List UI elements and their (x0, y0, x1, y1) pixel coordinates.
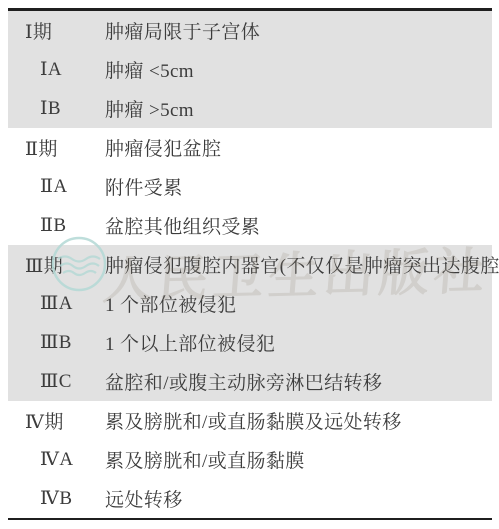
description-cell: 肿瘤 <5cm (105, 56, 492, 83)
table-row: ⅣA 累及膀胱和/或直肠黏膜 (8, 440, 492, 479)
description-cell: 肿瘤 >5cm (105, 95, 492, 122)
stage-cell: ⅠB (8, 97, 105, 120)
stage-cell: Ⅰ期 (8, 17, 105, 44)
description-cell: 累及膀胱和/或直肠黏膜及远处转移 (105, 407, 492, 434)
stage-cell: ⅣA (8, 448, 105, 471)
description-cell: 肿瘤局限于子宫体 (105, 17, 492, 44)
table-row: Ⅳ期 累及膀胱和/或直肠黏膜及远处转移 (8, 401, 492, 440)
table-row: ⅡB 盆腔其他组织受累 (8, 206, 492, 245)
table-row: ⅠB 肿瘤 >5cm (8, 89, 492, 128)
table-row: ⅢA 1 个部位被侵犯 (8, 284, 492, 323)
table-row: ⅡA 附件受累 (8, 167, 492, 206)
stage-cell: ⅡA (8, 175, 105, 198)
stage-cell: ⅣB (8, 487, 105, 510)
description-cell: 远处转移 (105, 485, 492, 512)
table-row: ⅠA 肿瘤 <5cm (8, 50, 492, 89)
table-row: Ⅰ期 肿瘤局限于子宫体 (8, 11, 492, 50)
description-cell: 盆腔和/或腹主动脉旁淋巴结转移 (105, 368, 492, 395)
description-cell: 1 个部位被侵犯 (105, 290, 492, 317)
description-cell: 累及膀胱和/或直肠黏膜 (105, 446, 492, 473)
table-row: ⅢB 1 个以上部位被侵犯 (8, 323, 492, 362)
table-row: ⅣB 远处转移 (8, 479, 492, 518)
stage-cell: ⅢC (8, 370, 105, 393)
description-cell: 1 个以上部位被侵犯 (105, 329, 492, 356)
description-cell: 肿瘤侵犯腹腔内器官(不仅仅是肿瘤突出达腹腔) (105, 251, 499, 278)
stage-cell: Ⅲ期 (8, 251, 105, 278)
table-row: Ⅱ期 肿瘤侵犯盆腔 (8, 128, 492, 167)
stage-cell: ⅢB (8, 331, 105, 354)
description-cell: 肿瘤侵犯盆腔 (105, 134, 492, 161)
stage-cell: Ⅳ期 (8, 407, 105, 434)
stage-cell: ⅢA (8, 292, 105, 315)
table-bottom-rule (8, 518, 492, 520)
stage-cell: Ⅱ期 (8, 134, 105, 161)
description-cell: 附件受累 (105, 173, 492, 200)
description-cell: 盆腔其他组织受累 (105, 212, 492, 239)
stage-cell: ⅡB (8, 214, 105, 237)
staging-table: Ⅰ期 肿瘤局限于子宫体 ⅠA 肿瘤 <5cm ⅠB 肿瘤 >5cm Ⅱ期 肿瘤侵… (8, 8, 492, 520)
table-row: Ⅲ期 肿瘤侵犯腹腔内器官(不仅仅是肿瘤突出达腹腔) (8, 245, 492, 284)
stage-cell: ⅠA (8, 58, 105, 81)
table-row: ⅢC 盆腔和/或腹主动脉旁淋巴结转移 (8, 362, 492, 401)
scanned-staging-table-page: Ⅰ期 肿瘤局限于子宫体 ⅠA 肿瘤 <5cm ⅠB 肿瘤 >5cm Ⅱ期 肿瘤侵… (0, 0, 499, 529)
